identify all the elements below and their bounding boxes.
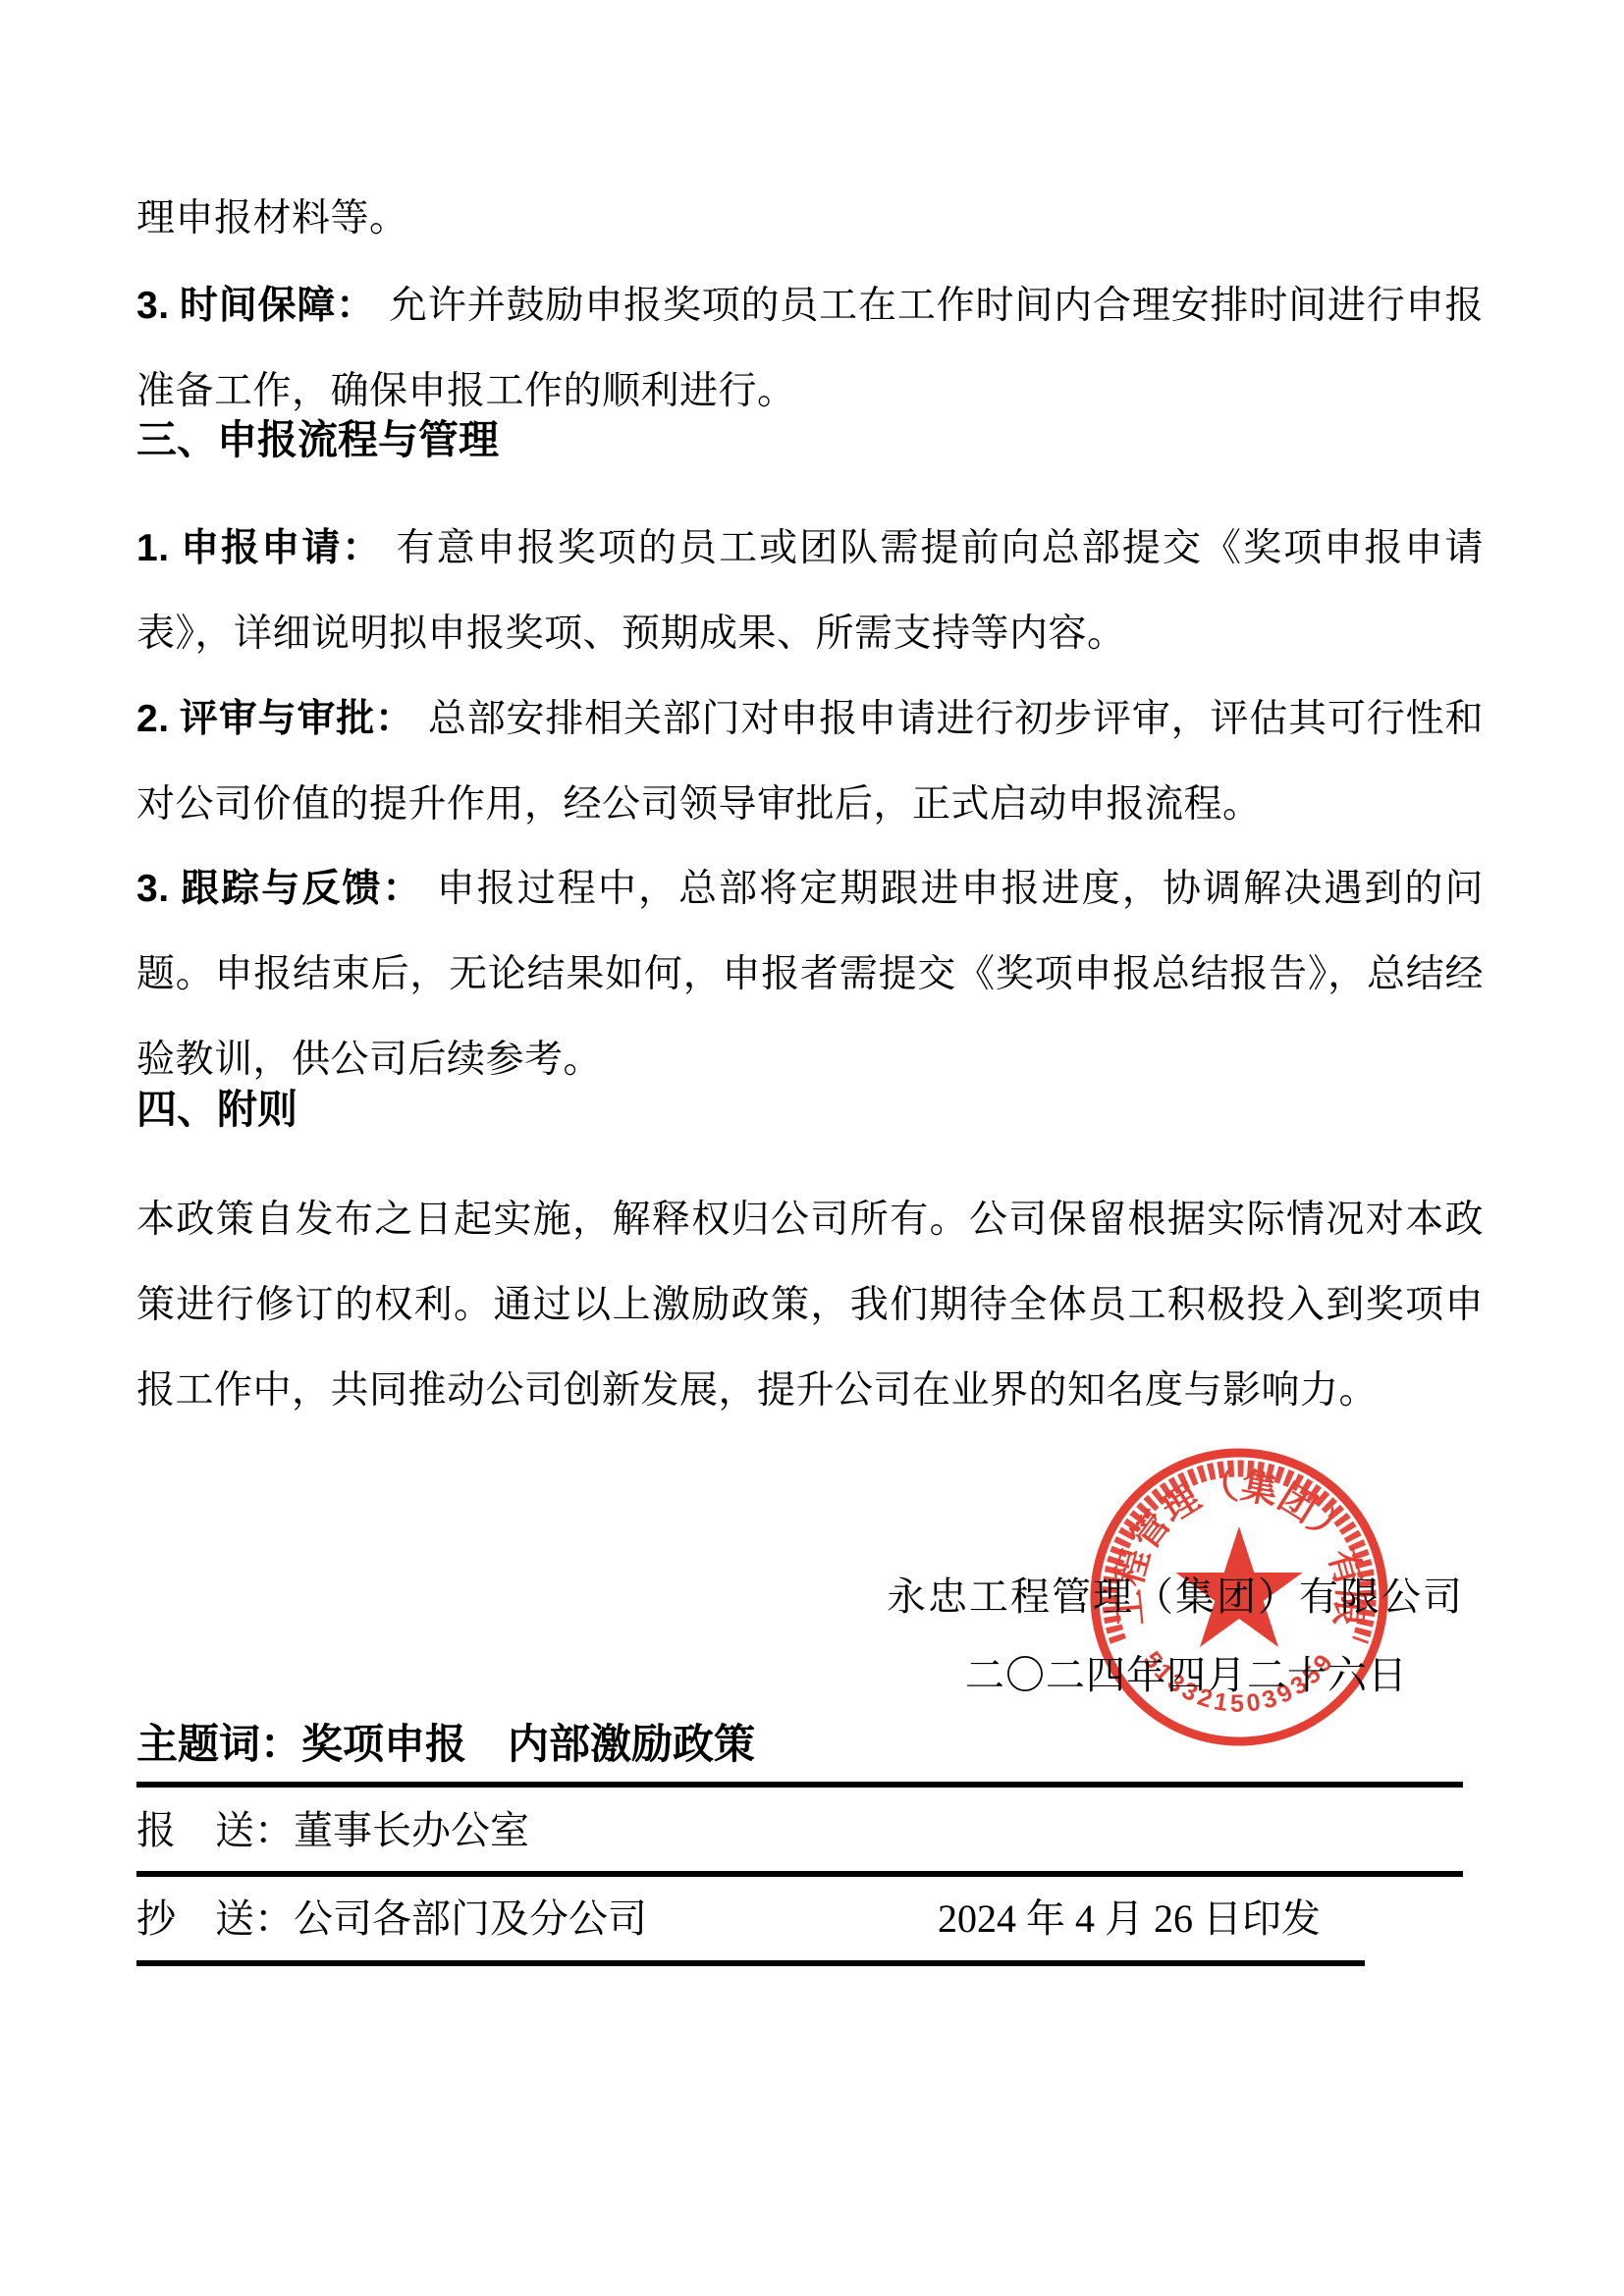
section3-item-1: 1.申报申请：有意申报奖项的员工或团队需提前向总部提交《奖项申报申请表》，详细说… (136, 506, 1484, 676)
seal-graphic: 永忠工程管理（集团）有限公司 5133215039359 (1086, 1444, 1392, 1750)
item-number: 3. (136, 868, 170, 910)
item-lead: 跟踪与反馈： (180, 868, 423, 910)
subject-label: 主题词： (136, 1721, 301, 1767)
subject-row: 主题词：奖项申报 内部激励政策 (136, 1720, 755, 1769)
item-number: 3. (136, 285, 170, 327)
seal-number: 5133215039359 (1138, 1646, 1340, 1718)
item-number: 2. (136, 698, 170, 740)
item-lead: 评审与审批： (180, 698, 414, 740)
section4-paragraph: 本政策自发布之日起实施，解释权归公司所有。公司保留根据实际情况对本政策进行修订的… (136, 1177, 1484, 1433)
section4-heading: 四、附则 (136, 1067, 298, 1152)
divider-line-1 (136, 1782, 1463, 1788)
report-value: 董事长办公室 (294, 1808, 529, 1852)
print-date: 2024 年 4 月 26 日印发 (938, 1895, 1321, 1944)
section3-item-3: 3.跟踪与反馈：申报过程中，总部将定期跟进申报进度，协调解决遇到的问题。申报结束… (136, 846, 1484, 1102)
continuation-text: 理申报材料等。 (136, 197, 408, 240)
company-seal: 永忠工程管理（集团）有限公司 5133215039359 (1086, 1444, 1392, 1750)
subject-value: 奖项申报 内部激励政策 (301, 1721, 755, 1767)
copy-label: 抄 送： (136, 1896, 294, 1941)
divider-line-3 (136, 1960, 1365, 1966)
copy-value: 公司各部门及分公司 (294, 1896, 647, 1941)
section3-item-2: 2.评审与审批：总部安排相关部门对申报申请进行初步评审，评估其可行性和对公司价值… (136, 676, 1484, 847)
copy-row: 抄 送：公司各部门及分公司 (136, 1895, 647, 1944)
report-label: 报 送： (136, 1808, 294, 1852)
divider-line-2 (136, 1871, 1463, 1877)
item-lead: 时间保障： (180, 285, 376, 327)
report-row: 报 送：董事长办公室 (136, 1806, 529, 1855)
item-number: 1. (136, 527, 170, 569)
item-lead: 申报申请： (180, 527, 383, 569)
section3-heading: 三、申报流程与管理 (136, 398, 499, 483)
star-icon (1175, 1526, 1302, 1647)
paragraph-continuation: 理申报材料等。 (136, 176, 1484, 261)
